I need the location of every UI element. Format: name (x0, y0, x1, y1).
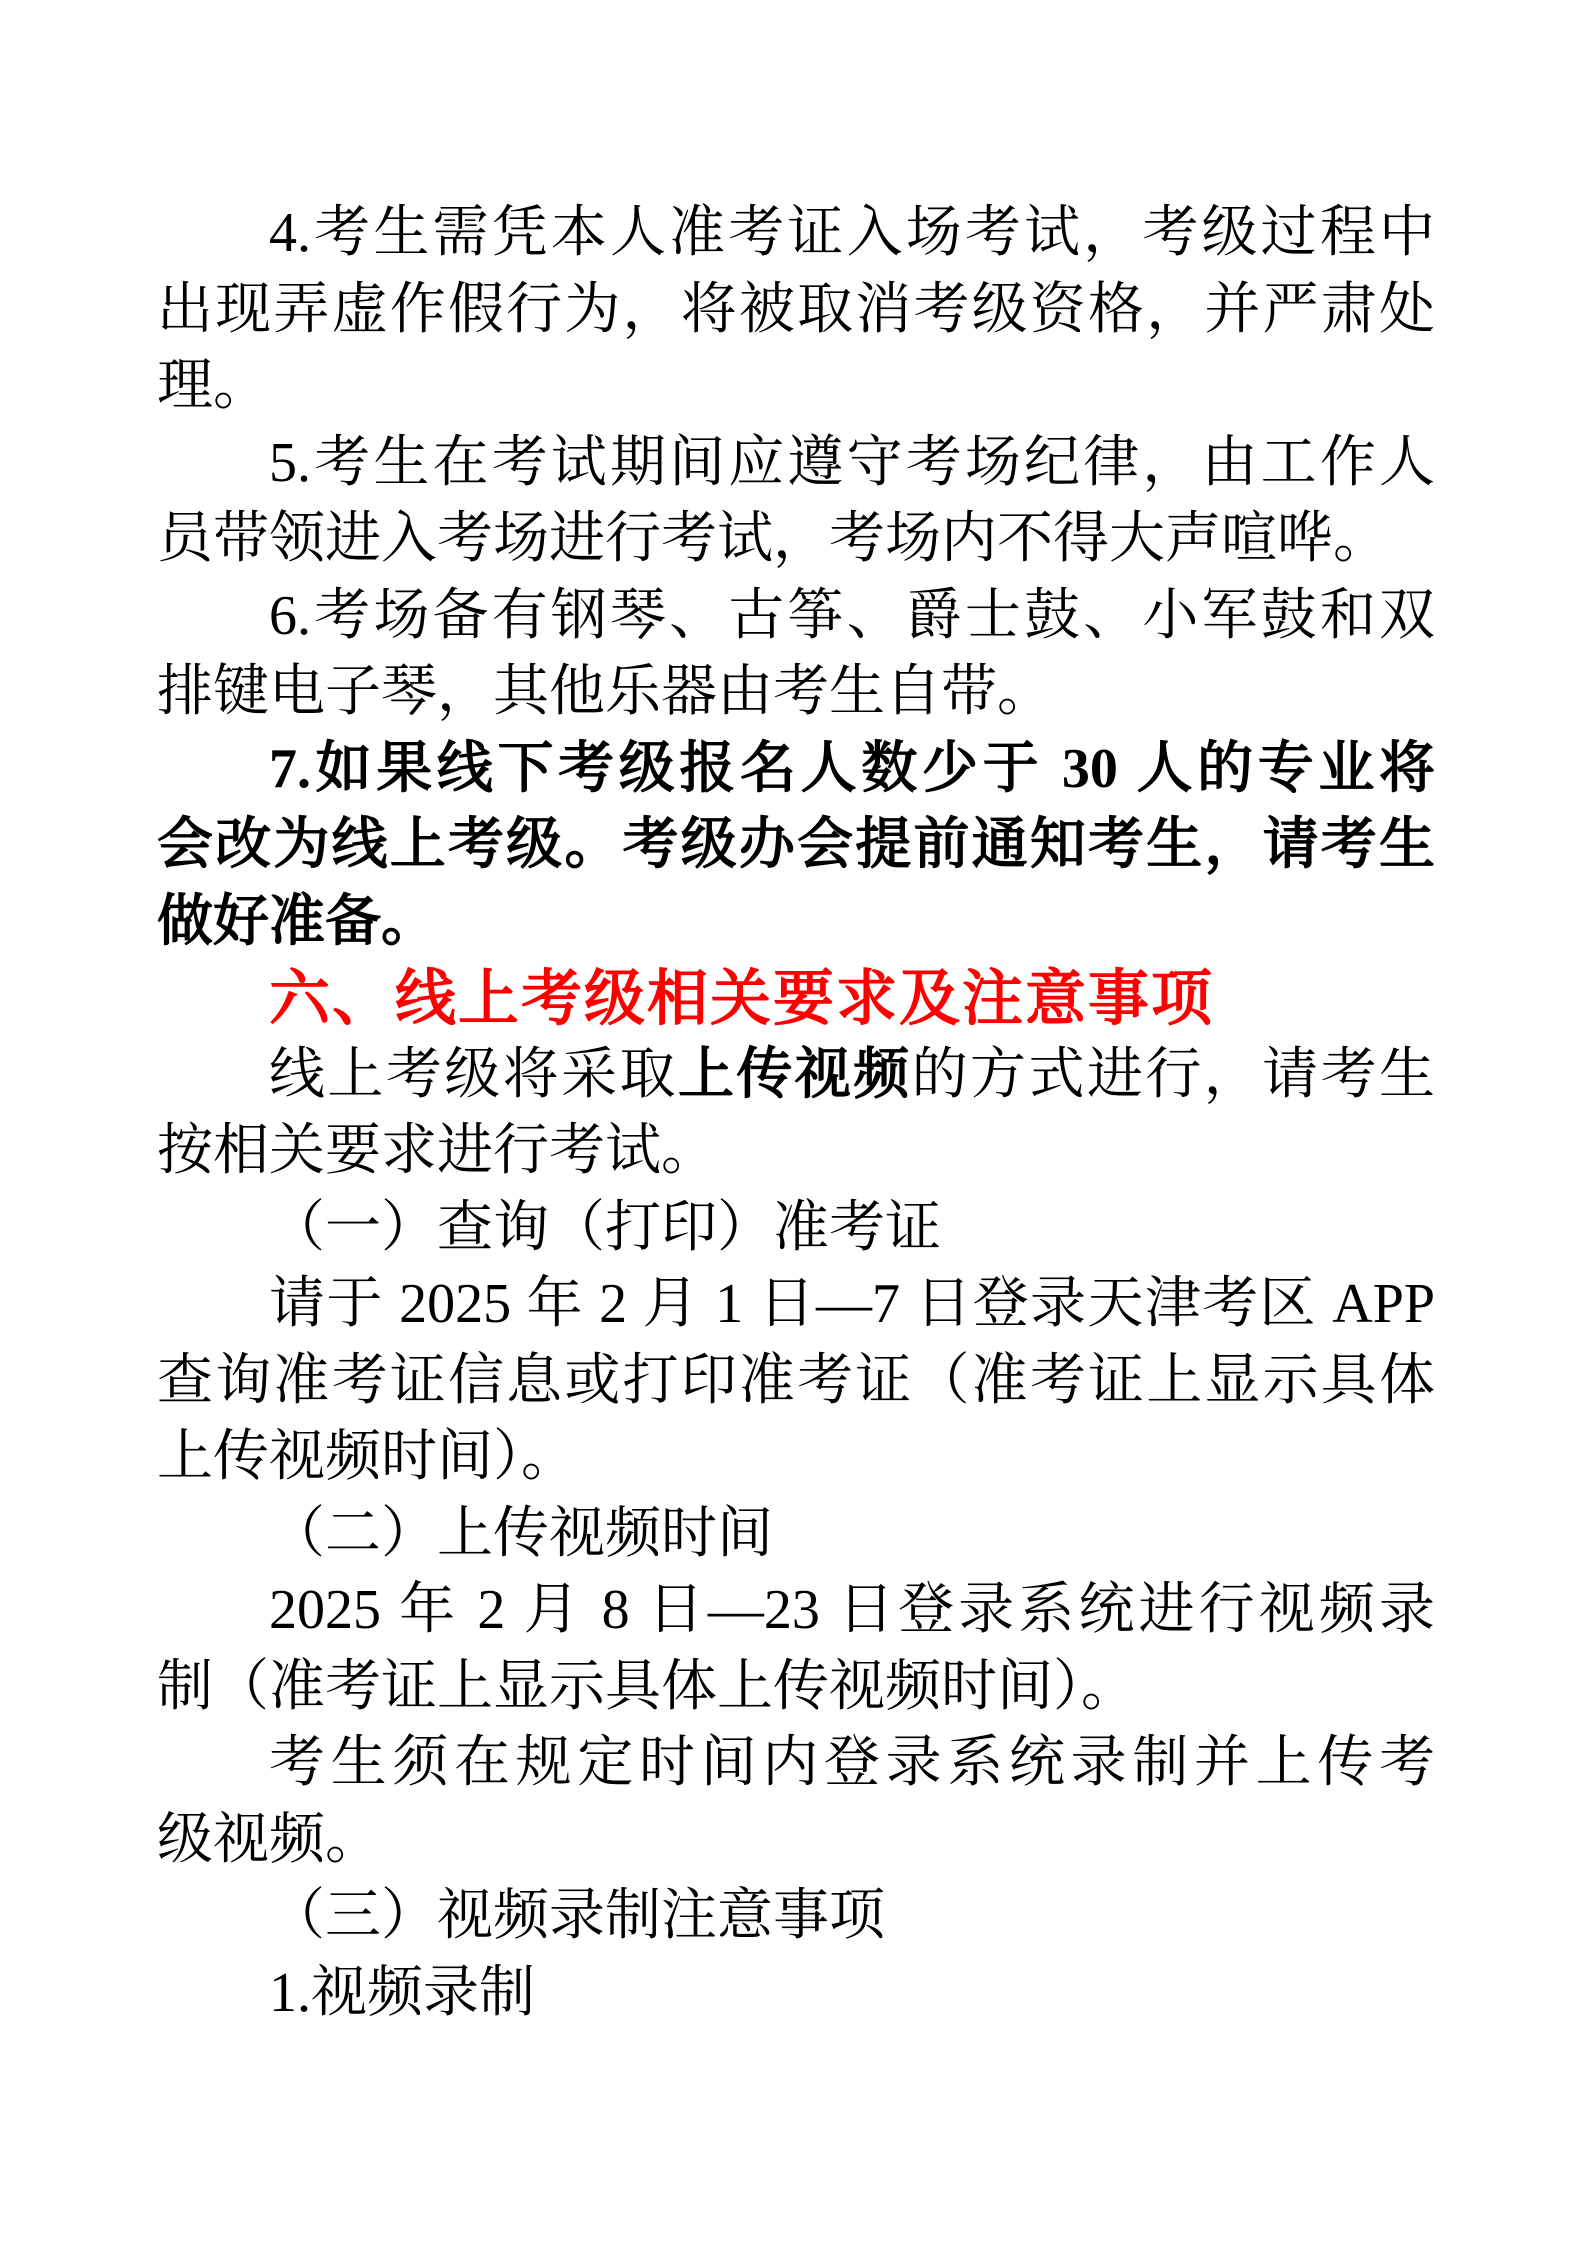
rule-7-line-3: 做好准备。 (157, 884, 1435, 961)
rule-5-line-2: 员带领进入考场进行考试，考场内不得大声喧哗。 (157, 501, 1435, 578)
rule-6-line-2: 排键电子琴，其他乐器由考生自带。 (157, 654, 1435, 731)
subsection-3-heading: （三）视频录制注意事项 (157, 1878, 1435, 1955)
intro-text-bold-upload-video: 上传视频 (678, 1044, 912, 1106)
rule-7-line-1: 7.如果线下考级报名人数少于 30 人的专业将 (157, 731, 1435, 808)
document-body: 4.考生需凭本人准考证入场考试，考级过程中 出现弄虚作假行为，将被取消考级资格，… (157, 195, 1435, 2031)
section-intro-line-2: 按相关要求进行考试。 (157, 1113, 1435, 1190)
section-six-heading: 六、线上考级相关要求及注意事项 (157, 960, 1435, 1037)
section-intro-line-1: 线上考级将采取上传视频的方式进行，请考生 (157, 1037, 1435, 1114)
rule-5-line-1: 5.考生在考试期间应遵守考场纪律，由工作人 (157, 425, 1435, 502)
document-page: 4.考生需凭本人准考证入场考试，考级过程中 出现弄虚作假行为，将被取消考级资格，… (0, 0, 1587, 2245)
intro-text-post: 的方式进行，请考生 (912, 1044, 1435, 1106)
video-recording-item-1: 1.视频录制 (157, 1955, 1435, 2032)
rule-6-line-1: 6.考场备有钢琴、古筝、爵士鼓、小军鼓和双 (157, 578, 1435, 655)
intro-text-pre: 线上考级将采取 (269, 1044, 678, 1106)
subsection-2-line-4: 级视频。 (157, 1802, 1435, 1879)
rule-4-line-1: 4.考生需凭本人准考证入场考试，考级过程中 (157, 195, 1435, 272)
subsection-1-line-3: 上传视频时间）。 (157, 1419, 1435, 1496)
subsection-2-heading: （二）上传视频时间 (157, 1496, 1435, 1573)
rule-4-line-2: 出现弄虚作假行为，将被取消考级资格，并严肃处 (157, 272, 1435, 349)
rule-7-line-2: 会改为线上考级。考级办会提前通知考生，请考生 (157, 807, 1435, 884)
subsection-2-line-3: 考生须在规定时间内登录系统录制并上传考 (157, 1725, 1435, 1802)
subsection-2-line-2: 制（准考证上显示具体上传视频时间）。 (157, 1649, 1435, 1726)
rule-4-line-3: 理。 (157, 348, 1435, 425)
subsection-1-heading: （一）查询（打印）准考证 (157, 1190, 1435, 1267)
subsection-1-line-2: 查询准考证信息或打印准考证（准考证上显示具体 (157, 1343, 1435, 1420)
subsection-2-line-1: 2025 年 2 月 8 日—23 日登录系统进行视频录 (157, 1572, 1435, 1649)
subsection-1-line-1: 请于 2025 年 2 月 1 日—7 日登录天津考区 APP (157, 1266, 1435, 1343)
